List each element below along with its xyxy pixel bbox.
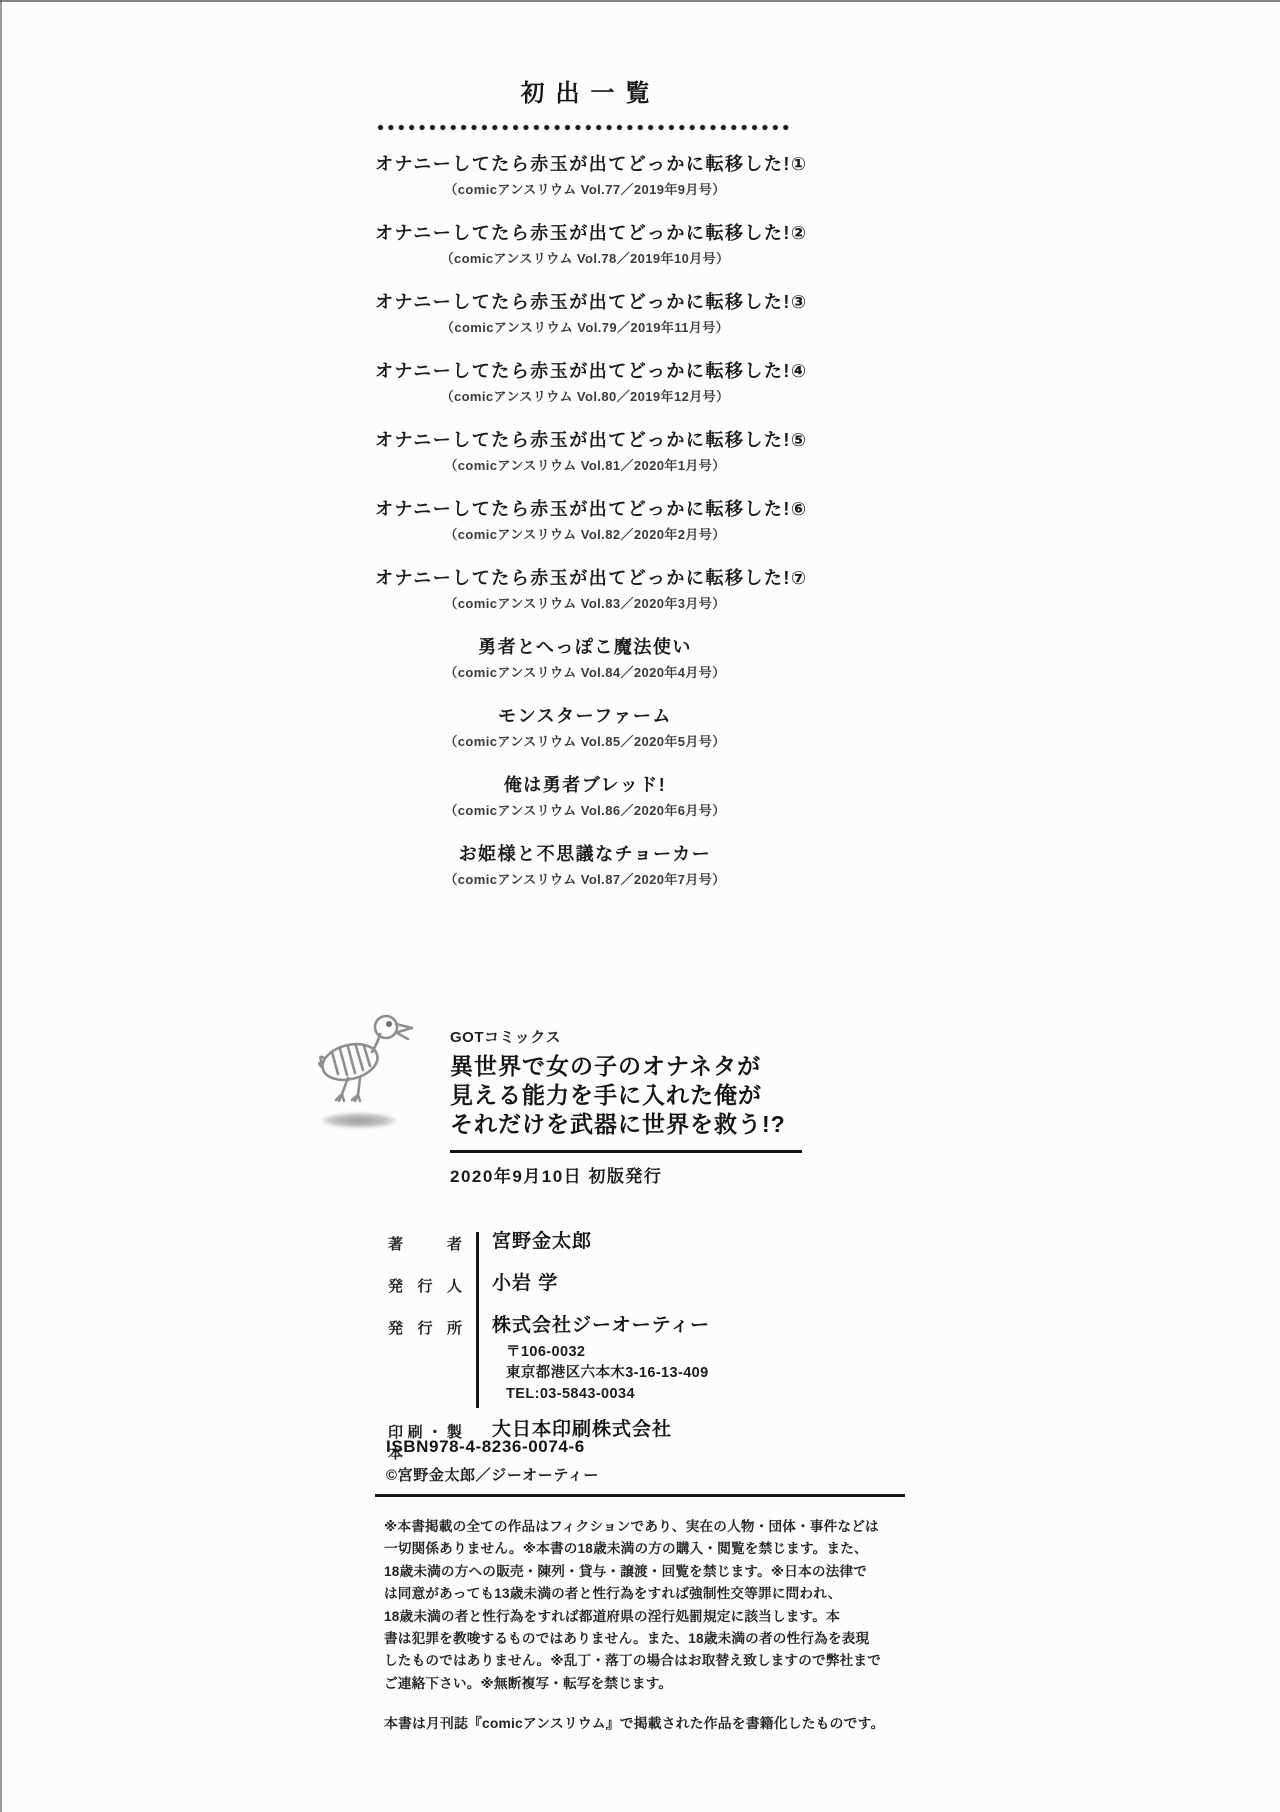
publication-entry: オナニーしてたら赤玉が出てどっかに転移した!③ （comicアンスリウム Vol… — [375, 291, 795, 336]
entry-source: （comicアンスリウム Vol.83／2020年3月号） — [375, 593, 795, 612]
credit-label: 発行所 — [388, 1314, 462, 1338]
credit-value: 宮野金太郎 — [492, 1230, 592, 1254]
isbn-block: ISBN978-4-8236-0074-6 ©宮野金太郎／ジーオーティー — [386, 1437, 599, 1485]
entry-title: モンスターファーム — [375, 705, 795, 728]
entry-title: 勇者とへっぽこ魔法使い — [375, 636, 795, 659]
publication-entry: オナニーしてたら赤玉が出てどっかに転移した!① （comicアンスリウム Vol… — [375, 153, 795, 198]
disclaimer-line: 18歳未満の方への販売・陳列・貸与・譲渡・回覧を禁じます。※日本の法律で — [384, 1561, 912, 1583]
publisher-logo — [308, 1000, 440, 1187]
credit-value: 小岩 学 — [492, 1272, 558, 1296]
credit-extra: 〒106-0032 東京都港区六本木3-16-13-409 TEL:03-584… — [492, 1342, 710, 1405]
disclaimer-line: 18歳未満の者と性行為をすれば都道府県の淫行処罰規定に該当します。本 — [384, 1606, 912, 1628]
entry-source: （comicアンスリウム Vol.80／2019年12月号） — [375, 386, 795, 405]
book-title-line: 見える能力を手に入れた俺が — [450, 1081, 802, 1110]
credit-extra-line: TEL:03-5843-0034 — [506, 1384, 710, 1405]
credit-row: 著者 宮野金太郎 — [388, 1230, 818, 1259]
colophon-page: 初出一覧 オナニーしてたら赤玉が出てどっかに転移した!① （comicアンスリウ… — [0, 0, 1280, 1812]
entry-title: オナニーしてたら赤玉が出てどっかに転移した!④ — [375, 360, 795, 383]
credit-row: 発行人 小岩 学 — [388, 1272, 818, 1301]
publication-entry: オナニーしてたら赤玉が出てどっかに転移した!② （comicアンスリウム Vol… — [375, 222, 795, 267]
publication-entry: オナニーしてたら赤玉が出てどっかに転移した!⑤ （comicアンスリウム Vol… — [375, 429, 795, 474]
entry-source: （comicアンスリウム Vol.87／2020年7月号） — [375, 869, 795, 888]
credit-row: 発行所 株式会社ジーオーティー 〒106-0032 東京都港区六本木3-16-1… — [388, 1314, 818, 1406]
legal-divider — [375, 1494, 905, 1497]
entry-source: （comicアンスリウム Vol.79／2019年11月号） — [375, 317, 795, 336]
entry-title: オナニーしてたら赤玉が出てどっかに転移した!① — [375, 153, 795, 176]
entry-source: （comicアンスリウム Vol.84／2020年4月号） — [375, 662, 795, 681]
entry-title: お姫様と不思議なチョーカー — [375, 843, 795, 866]
colophon-header: GOTコミックス 異世界で女の子のオナネタが 見える能力を手に入れた俺が それだ… — [308, 1000, 802, 1187]
credit-label: 発行人 — [388, 1272, 462, 1296]
disclaimer-line: ※本書掲載の全ての作品はフィクションであり、実在の人物・団体・事件などは — [384, 1516, 912, 1538]
isbn: ISBN978-4-8236-0074-6 — [386, 1437, 599, 1457]
credit-value: 株式会社ジーオーティー — [492, 1314, 710, 1338]
disclaimer-line: したものではありません。※乱丁・落丁の場合はお取替え致しますので弊社まで — [384, 1650, 912, 1672]
publication-date: 2020年9月10日 初版発行 — [450, 1162, 802, 1187]
publication-entry: お姫様と不思議なチョーカー （comicアンスリウム Vol.87／2020年7… — [375, 843, 795, 888]
entry-source: （comicアンスリウム Vol.86／2020年6月号） — [375, 800, 795, 819]
publication-entry: 俺は勇者ブレッド! （comicアンスリウム Vol.86／2020年6月号） — [375, 774, 795, 819]
book-title-block: GOTコミックス 異世界で女の子のオナネタが 見える能力を手に入れた俺が それだ… — [450, 1000, 802, 1187]
book-title: 異世界で女の子のオナネタが 見える能力を手に入れた俺が それだけを武器に世界を救… — [450, 1052, 802, 1140]
entry-source: （comicアンスリウム Vol.78／2019年10月号） — [375, 248, 795, 267]
publication-entry: オナニーしてたら赤玉が出てどっかに転移した!⑦ （comicアンスリウム Vol… — [375, 567, 795, 612]
disclaimer-line: は同意があっても13歳未満の者と性行為をすれば強制性交等罪に問われ、 — [384, 1583, 912, 1605]
serialization-note: 本書は月刊誌『comicアンスリウム』で掲載された作品を書籍化したものです。 — [384, 1712, 885, 1732]
publication-entry: 勇者とへっぽこ魔法使い （comicアンスリウム Vol.84／2020年4月号… — [375, 636, 795, 681]
disclaimer-line: 一切関係ありません。※本書の18歳未満の方の購入・閲覧を禁じます。また、 — [384, 1538, 912, 1560]
first-publication-list: 初出一覧 オナニーしてたら赤玉が出てどっかに転移した!① （comicアンスリウ… — [375, 80, 795, 912]
entry-title: オナニーしてたら赤玉が出てどっかに転移した!⑦ — [375, 567, 795, 590]
entry-source: （comicアンスリウム Vol.77／2019年9月号） — [375, 179, 795, 198]
entry-title: 俺は勇者ブレッド! — [375, 774, 795, 797]
book-title-line: 異世界で女の子のオナネタが — [450, 1052, 802, 1081]
entry-title: オナニーしてたら赤玉が出てどっかに転移した!⑥ — [375, 498, 795, 521]
publication-entry: モンスターファーム （comicアンスリウム Vol.85／2020年5月号） — [375, 705, 795, 750]
copyright: ©宮野金太郎／ジーオーティー — [386, 1464, 599, 1485]
entry-title: オナニーしてたら赤玉が出てどっかに転移した!③ — [375, 291, 795, 314]
credit-extra-line: 東京都港区六本木3-16-13-409 — [506, 1363, 710, 1384]
entry-title: オナニーしてたら赤玉が出てどっかに転移した!② — [375, 222, 795, 245]
credit-extra-line: 〒106-0032 — [506, 1342, 710, 1363]
book-title-line: それだけを武器に世界を救う!? — [450, 1110, 802, 1139]
dotted-divider — [377, 124, 793, 131]
disclaimer-line: ご連絡下さい。※無断複写・転写を禁じます。 — [384, 1673, 912, 1695]
entry-source: （comicアンスリウム Vol.82／2020年2月号） — [375, 524, 795, 543]
section-heading: 初出一覧 — [375, 80, 795, 109]
publication-entry: オナニーしてたら赤玉が出てどっかに転移した!④ （comicアンスリウム Vol… — [375, 360, 795, 405]
disclaimer-line: 書は犯罪を教唆するものではありません。また、18歳未満の者の性行為を表現 — [384, 1628, 912, 1650]
credit-label: 著者 — [388, 1230, 462, 1254]
entry-source: （comicアンスリウム Vol.85／2020年5月号） — [375, 731, 795, 750]
title-rule — [450, 1150, 802, 1153]
got-bird-doodle-icon — [308, 1010, 420, 1102]
publication-entry: オナニーしてたら赤玉が出てどっかに転移した!⑥ （comicアンスリウム Vol… — [375, 498, 795, 543]
publication-entries: オナニーしてたら赤玉が出てどっかに転移した!① （comicアンスリウム Vol… — [375, 153, 795, 888]
entry-title: オナニーしてたら赤玉が出てどっかに転移した!⑤ — [375, 429, 795, 452]
entry-source: （comicアンスリウム Vol.81／2020年1月号） — [375, 455, 795, 474]
imprint-label: GOTコミックス — [450, 1026, 802, 1047]
disclaimer: ※本書掲載の全ての作品はフィクションであり、実在の人物・団体・事件などは 一切関… — [384, 1516, 912, 1695]
logo-shadow — [322, 1113, 396, 1128]
